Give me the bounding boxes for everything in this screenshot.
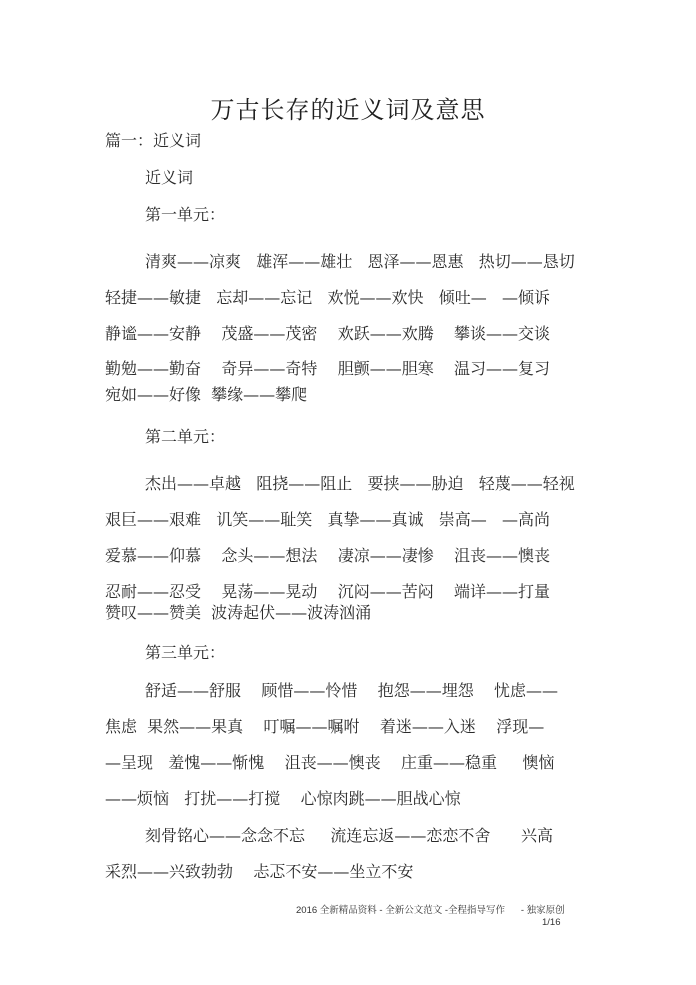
unit-label: 第二单元： [145, 427, 225, 447]
synonym-line: 忍耐——忍受 晃荡——晃动 沉闷——苦闷 端详——打量 [105, 582, 550, 602]
synonym-line: 舒适——舒服 顾惜——怜惜 抱怨——埋怨 忧虑—— [145, 681, 558, 701]
unit-label: 第三单元： [145, 643, 225, 663]
unit-label: 第一单元： [145, 205, 225, 225]
subheading: 近义词 [145, 168, 193, 188]
section-heading: 篇一：近义词 [105, 131, 201, 151]
page-number: 1/16 [542, 917, 561, 928]
page-footer: 2016 全新精品资料 - 全新公文范文 -全程指导写作 - 独家原创 [296, 902, 565, 916]
synonym-line: 杰出——卓越 阻挠——阻止 要挟——胁迫 轻蔑——轻视 [145, 474, 575, 494]
synonym-line: —呈现 羞愧——惭愧 沮丧——懊丧 庄重——稳重 懊恼 [105, 753, 554, 773]
synonym-line: ——烦恼 打扰——打搅 心惊肉跳——胆战心惊 [105, 789, 461, 809]
document-title: 万古长存的近义词及意思 [0, 90, 696, 125]
synonym-line: 宛如——好像 攀缘——攀爬 [105, 385, 307, 405]
synonym-line: 勤勉——勤奋 奇异——奇特 胆颤——胆寒 温习——复习 [105, 359, 550, 379]
synonym-line: 赞叹——赞美 波涛起伏——波涛汹涌 [105, 603, 371, 623]
synonym-line: 清爽——凉爽 雄浑——雄壮 恩泽——恩惠 热切——恳切 [145, 252, 575, 272]
synonym-line: 爱慕——仰慕 念头——想法 凄凉——凄惨 沮丧——懊丧 [105, 546, 550, 566]
synonym-line: 轻捷——敏捷 忘却——忘记 欢悦——欢快 倾吐— —倾诉 [105, 288, 550, 308]
synonym-line: 艰巨——艰难 讥笑——耻笑 真挚——真诚 崇高— —高尚 [105, 510, 550, 530]
synonym-line: 刻骨铭心——念念不忘 流连忘返——恋恋不舍 兴高 [145, 826, 553, 846]
synonym-line: 焦虑 果然——果真 叮嘱——嘱咐 着迷——入迷 浮现— [105, 717, 544, 737]
synonym-line: 采烈——兴致勃勃 忐忑不安——坐立不安 [105, 862, 413, 882]
synonym-line: 静谧——安静 茂盛——茂密 欢跃——欢腾 攀谈——交谈 [105, 324, 550, 344]
